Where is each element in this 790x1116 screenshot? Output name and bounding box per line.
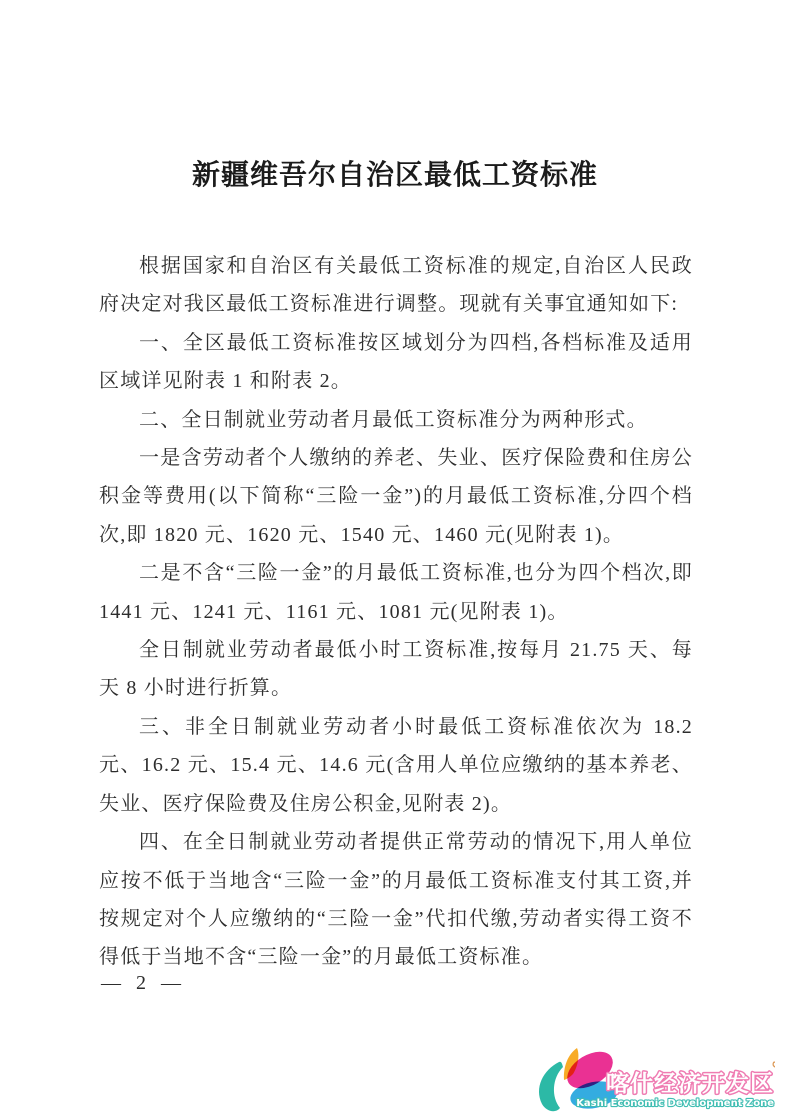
paragraph-intro: 根据国家和自治区有关最低工资标准的规定,自治区人民政府决定对我区最低工资标准进行… [99,247,693,324]
document-title: 新疆维吾尔自治区最低工资标准 [0,153,790,193]
paragraph-item-4: 四、在全日制就业劳动者提供正常劳动的情况下,用人单位应按不低于当地含“三险一金”… [99,823,693,977]
page-number: — 2 — [101,972,186,995]
logo-petal-teal [539,1062,563,1111]
document-body: 根据国家和自治区有关最低工资标准的规定,自治区人民政府决定对我区最低工资标准进行… [99,247,693,977]
watermark-uyghur-text: قەشقەر ئىقتىسادىي تەرەققىيات رايونى [773,1053,775,1068]
paragraph-item-2a: 一是含劳动者个人缴纳的养老、失业、医疗保险费和住房公积金等费用(以下简称“三险一… [99,439,693,554]
watermark-chinese-text: 喀什经济开发区 [606,1070,774,1097]
paragraph-item-1: 一、全区最低工资标准按区域划分为四档,各档标准及适用区域详见附表 1 和附表 2… [99,324,693,401]
kashi-edz-watermark: قەشقەر ئىقتىسادىي تەرەققىيات رايونى 喀什经济… [531,1045,775,1115]
paragraph-item-2: 二、全日制就业劳动者月最低工资标准分为两种形式。 [99,401,693,439]
paragraph-item-3: 三、非全日制就业劳动者小时最低工资标准依次为 18.2 元、16.2 元、15.… [99,708,693,823]
watermark-english-text: Kashi Economic Development Zone [576,1098,774,1109]
paragraph-item-2c: 全日制就业劳动者最低小时工资标准,按每月 21.75 天、每天 8 小时进行折算… [99,631,693,708]
document-page: 新疆维吾尔自治区最低工资标准 根据国家和自治区有关最低工资标准的规定,自治区人民… [0,0,790,1116]
paragraph-item-2b: 二是不含“三险一金”的月最低工资标准,也分为四个档次,即 1441 元、1241… [99,554,693,631]
